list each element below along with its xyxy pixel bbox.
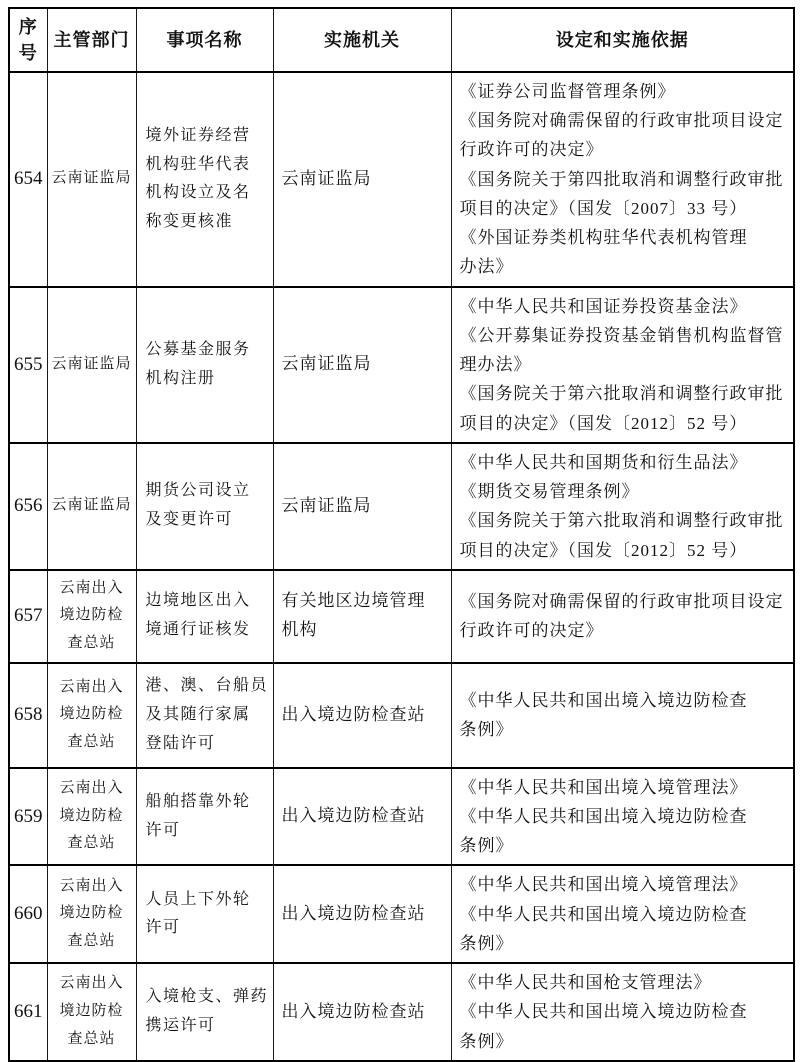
basis-cell: 《中华人民共和国出境入境边防检查 条例》 [451, 663, 794, 768]
table-row: 659 云南出入 境边防检 查总站 船舶搭靠外轮 许可 出入境边防检查站 《中华… [9, 768, 794, 866]
item-name-cell: 期货公司设立 及变更许可 [136, 443, 273, 570]
basis-citation: 《国务院关于第四批取消和调整行政审批 项目的决定》（国发〔2007〕33 号） [460, 165, 790, 223]
item-name-cell: 边境地区出入 境通行证核发 [136, 570, 273, 663]
basis-cell: 《中华人民共和国期货和衍生品法》《期货交易管理条例》《国务院关于第六批取消和调整… [451, 443, 794, 570]
item-name-cell: 境外证券经营 机构驻华代表 机构设立及名 称变更核准 [136, 72, 273, 287]
agency-cell: 出入境边防检查站 [273, 865, 451, 963]
basis-citation: 《证券公司监督管理条例》 [460, 77, 790, 106]
table-row: 656 云南证监局 期货公司设立 及变更许可 云南证监局 《中华人民共和国期货和… [9, 443, 794, 570]
basis-cell: 《中华人民共和国枪支管理法》《中华人民共和国出境入境边防检查 条例》 [451, 963, 794, 1061]
basis-citation: 《中华人民共和国出境入境管理法》 [460, 773, 790, 802]
item-name-cell: 公募基金服务 机构注册 [136, 287, 273, 443]
basis-citation: 《中华人民共和国出境入境边防检查 条例》 [460, 900, 790, 958]
basis-citation: 《国务院关于第六批取消和调整行政审批 项目的决定》（国发〔2012〕52 号） [460, 379, 790, 437]
basis-cell: 《中华人民共和国出境入境管理法》《中华人民共和国出境入境边防检查 条例》 [451, 768, 794, 866]
basis-cell: 《中华人民共和国证券投资基金法》《公开募集证券投资基金销售机构监督管 理办法》《… [451, 287, 794, 443]
header-row: 序号 主管部门 事项名称 实施机关 设定和实施依据 [9, 8, 794, 72]
department-cell: 云南证监局 [47, 287, 136, 443]
document-page: 序号 主管部门 事项名称 实施机关 设定和实施依据 654 云南证监局 境外证券… [0, 0, 800, 1035]
basis-citation: 《国务院对确需保留的行政审批项目设定 行政许可的决定》 [460, 106, 790, 164]
table-row: 654 云南证监局 境外证券经营 机构驻华代表 机构设立及名 称变更核准 云南证… [9, 72, 794, 287]
row-number-cell: 656 [9, 443, 47, 570]
table-body: 654 云南证监局 境外证券经营 机构驻华代表 机构设立及名 称变更核准 云南证… [9, 72, 794, 1061]
row-number-cell: 660 [9, 865, 47, 963]
item-name-cell: 入境枪支、弹药 携运许可 [136, 963, 273, 1061]
department-cell: 云南证监局 [47, 443, 136, 570]
department-cell: 云南出入 境边防检 查总站 [47, 963, 136, 1061]
agency-cell: 出入境边防检查站 [273, 663, 451, 768]
item-name-cell: 船舶搭靠外轮 许可 [136, 768, 273, 866]
agency-cell: 云南证监局 [273, 72, 451, 287]
basis-citation: 《中华人民共和国证券投资基金法》 [460, 292, 790, 321]
basis-cell: 《国务院对确需保留的行政审批项目设定 行政许可的决定》 [451, 570, 794, 663]
item-name-cell: 港、澳、台船员 及其随行家属 登陆许可 [136, 663, 273, 768]
table-row: 657 云南出入 境边防检 查总站 边境地区出入 境通行证核发 有关地区边境管理… [9, 570, 794, 663]
basis-citation: 《公开募集证券投资基金销售机构监督管 理办法》 [460, 321, 790, 379]
agency-cell: 云南证监局 [273, 443, 451, 570]
basis-citation: 《中华人民共和国期货和衍生品法》 [460, 448, 790, 477]
basis-citation: 《期货交易管理条例》 [460, 477, 790, 506]
basis-citation: 《中华人民共和国出境入境管理法》 [460, 870, 790, 899]
row-number-cell: 658 [9, 663, 47, 768]
row-number-cell: 659 [9, 768, 47, 866]
basis-citation: 《中华人民共和国出境入境边防检查 条例》 [460, 802, 790, 860]
department-cell: 云南出入 境边防检 查总站 [47, 865, 136, 963]
basis-citation: 《中华人民共和国出境入境边防检查 条例》 [460, 997, 790, 1055]
department-cell: 云南出入 境边防检 查总站 [47, 768, 136, 866]
approval-items-table: 序号 主管部门 事项名称 实施机关 设定和实施依据 654 云南证监局 境外证券… [8, 7, 795, 1062]
table-row: 658 云南出入 境边防检 查总站 港、澳、台船员 及其随行家属 登陆许可 出入… [9, 663, 794, 768]
department-cell: 云南出入 境边防检 查总站 [47, 570, 136, 663]
row-number-cell: 661 [9, 963, 47, 1061]
col-header-basis: 设定和实施依据 [451, 8, 794, 72]
table-row: 661 云南出入 境边防检 查总站 入境枪支、弹药 携运许可 出入境边防检查站 … [9, 963, 794, 1061]
agency-cell: 出入境边防检查站 [273, 963, 451, 1061]
item-name-cell: 人员上下外轮 许可 [136, 865, 273, 963]
basis-citation: 《外国证券类机构驻华代表机构管理 办法》 [460, 223, 790, 281]
col-header-item-name: 事项名称 [136, 8, 273, 72]
col-header-number: 序号 [9, 8, 47, 72]
department-cell: 云南证监局 [47, 72, 136, 287]
table-row: 655 云南证监局 公募基金服务 机构注册 云南证监局 《中华人民共和国证券投资… [9, 287, 794, 443]
basis-cell: 《证券公司监督管理条例》《国务院对确需保留的行政审批项目设定 行政许可的决定》《… [451, 72, 794, 287]
basis-citation: 《中华人民共和国枪支管理法》 [460, 968, 790, 997]
basis-citation: 《国务院对确需保留的行政审批项目设定 行政许可的决定》 [460, 587, 790, 645]
basis-cell: 《中华人民共和国出境入境管理法》《中华人民共和国出境入境边防检查 条例》 [451, 865, 794, 963]
row-number-cell: 657 [9, 570, 47, 663]
basis-citation: 《中华人民共和国出境入境边防检查 条例》 [460, 686, 790, 744]
agency-cell: 云南证监局 [273, 287, 451, 443]
row-number-cell: 654 [9, 72, 47, 287]
row-number-cell: 655 [9, 287, 47, 443]
col-header-agency: 实施机关 [273, 8, 451, 72]
col-header-department: 主管部门 [47, 8, 136, 72]
agency-cell: 出入境边防检查站 [273, 768, 451, 866]
table-row: 660 云南出入 境边防检 查总站 人员上下外轮 许可 出入境边防检查站 《中华… [9, 865, 794, 963]
department-cell: 云南出入 境边防检 查总站 [47, 663, 136, 768]
basis-citation: 《国务院关于第六批取消和调整行政审批 项目的决定》（国发〔2012〕52 号） [460, 506, 790, 564]
agency-cell: 有关地区边境管理 机构 [273, 570, 451, 663]
